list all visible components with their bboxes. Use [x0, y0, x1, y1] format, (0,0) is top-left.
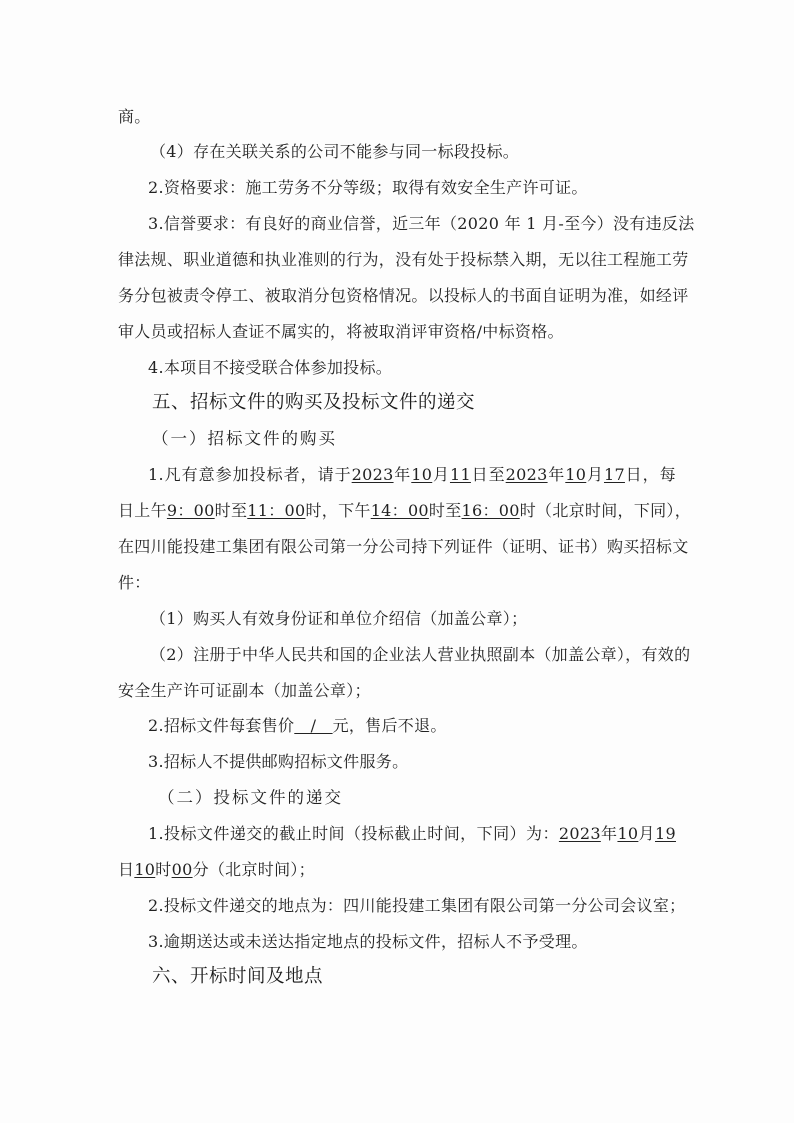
paragraph-line: （4）存在关联关系的公司不能参与同一标段投标。: [150, 142, 519, 162]
date-value: 2023: [506, 465, 548, 484]
paragraph-line: 3.招标人不提供邮购招标文件服务。: [148, 752, 408, 772]
subsection-heading: （二）投标文件的递交: [158, 788, 343, 808]
paragraph-line: 律法规、职业道德和执业准则的行为，没有处于投标禁入期，无以往工程施工劳: [118, 250, 678, 270]
section-heading: 五、招标文件的购买及投标文件的递交: [152, 393, 475, 413]
time-value: 10: [134, 860, 155, 879]
paragraph-line: 在四川能投建工集团有限公司第一分公司持下列证件（证明、证书）购买招标文: [118, 537, 678, 557]
time-value: 9：00: [167, 501, 215, 520]
time-value: 14：00: [371, 501, 429, 520]
date-value: 2023: [559, 824, 601, 843]
paragraph-line: 件：: [118, 573, 151, 593]
date-value: 10: [617, 824, 638, 843]
time-value: 00: [172, 860, 193, 879]
document-page: 商。 （4）存在关联关系的公司不能参与同一标段投标。 2.资格要求：施工劳务不分…: [0, 0, 794, 1123]
date-value: 10: [411, 465, 432, 484]
paragraph-line: 安全生产许可证副本（加盖公章）；: [118, 681, 371, 701]
paragraph-line: 审人员或招标人查证不属实的，将被取消评审资格/中标资格。: [118, 322, 564, 342]
paragraph-line: 1.投标文件递交的截止时间（投标截止时间，下同）为：2023年10月19: [148, 824, 676, 844]
paragraph-line: 1.凡有意参加投标者，请于2023年10月11日至2023年10月17日，每: [148, 465, 676, 485]
paragraph-line: 3.信誉要求：有良好的商业信誉，近三年（2020 年 1 月-至今）没有违反法: [148, 214, 676, 234]
paragraph-line: 2.资格要求：施工劳务不分等级；取得有效安全生产许可证。: [148, 178, 588, 198]
paragraph-line: 2.投标文件递交的地点为：四川能投建工集团有限公司第一分公司会议室；: [148, 896, 685, 916]
time-value: 11：00: [247, 501, 305, 520]
date-value: 2023: [352, 465, 394, 484]
date-value: 10: [565, 465, 586, 484]
paragraph-line: 务分包被责令停工、被取消分包资格情况。以投标人的书面自证明为准，如经评: [118, 286, 678, 306]
paragraph-line: 4.本项目不接受联合体参加投标。: [148, 358, 392, 378]
date-value: 19: [655, 824, 676, 843]
paragraph-line: 2.招标文件每套售价 / 元，售后不退。: [148, 716, 447, 736]
paragraph-line: 3.逾期送达或未送达指定地点的投标文件，招标人不予受理。: [148, 932, 588, 952]
paragraph-line: 商。: [118, 107, 151, 127]
paragraph-line: （1）购买人有效身份证和单位介绍信（加盖公章）；: [150, 609, 527, 629]
date-value: 17: [604, 465, 625, 484]
paragraph-line: 日上午9：00时至11：00时，下午14：00时至16：00时（北京时间，下同）…: [118, 501, 678, 521]
price-value: /: [294, 716, 332, 735]
date-value: 11: [450, 465, 471, 484]
subsection-heading: （一）招标文件的购买: [152, 429, 337, 449]
paragraph-line: 日10时00分（北京时间）；: [118, 860, 315, 880]
paragraph-line: （2）注册于中华人民共和国的企业法人营业执照副本（加盖公章），有效的: [150, 645, 676, 665]
time-value: 16：00: [462, 501, 520, 520]
section-heading: 六、开标时间及地点: [152, 967, 323, 987]
